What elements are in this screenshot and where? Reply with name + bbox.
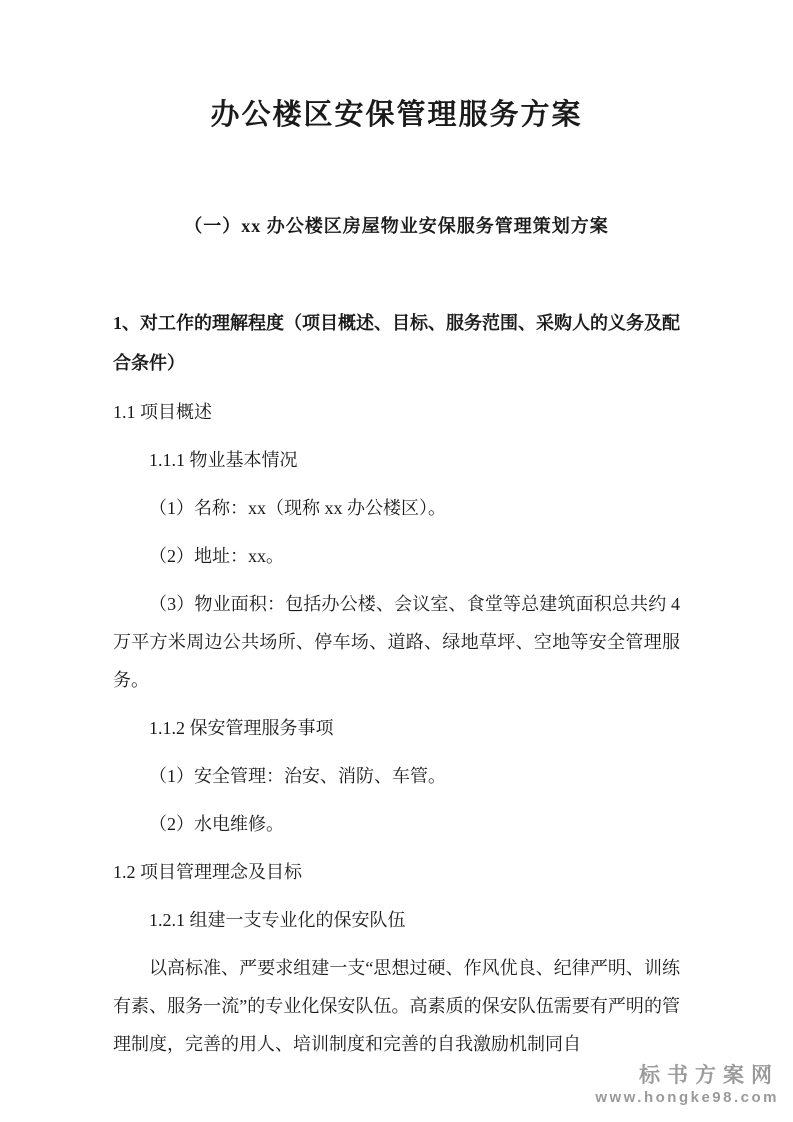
paragraph-1-1: 1.1 项目概述 bbox=[113, 393, 680, 431]
paragraph-1-1-2: 1.1.2 保安管理服务事项 bbox=[113, 709, 680, 747]
watermark: 标书方案网 www.hongke98.com bbox=[595, 1064, 779, 1108]
paragraph-team-building: 以高标准、严要求组建一支“思想过硬、作风优良、纪律严明、训练有素、服务一流”的专… bbox=[113, 949, 680, 1063]
watermark-site-name: 标书方案网 bbox=[595, 1064, 779, 1088]
paragraph-item-area: （3）物业面积：包括办公楼、会议室、食堂等总建筑面积总共约 4 万平方米周边公共… bbox=[113, 585, 680, 699]
paragraph-item-security: （1）安全管理：治安、消防、车管。 bbox=[113, 757, 680, 795]
document-subtitle: （一）xx 办公楼区房屋物业安保服务管理策划方案 bbox=[113, 213, 680, 239]
document-page: 办公楼区安保管理服务方案 （一）xx 办公楼区房屋物业安保服务管理策划方案 1、… bbox=[0, 0, 793, 1122]
document-content: 办公楼区安保管理服务方案 （一）xx 办公楼区房屋物业安保服务管理策划方案 1、… bbox=[0, 0, 793, 1063]
section-heading-1: 1、对工作的理解程度（项目概述、目标、服务范围、采购人的义务及配合条件） bbox=[113, 303, 680, 383]
paragraph-item-name: （1）名称：xx（现称 xx 办公楼区）。 bbox=[113, 489, 680, 527]
paragraph-1-2-1: 1.2.1 组建一支专业化的保安队伍 bbox=[113, 901, 680, 939]
paragraph-1-2: 1.2 项目管理理念及目标 bbox=[113, 853, 680, 891]
paragraph-1-1-1: 1.1.1 物业基本情况 bbox=[113, 441, 680, 479]
watermark-url: www.hongke98.com bbox=[595, 1088, 779, 1108]
paragraph-item-address: （2）地址：xx。 bbox=[113, 537, 680, 575]
document-title: 办公楼区安保管理服务方案 bbox=[113, 93, 680, 137]
paragraph-item-utilities: （2）水电维修。 bbox=[113, 805, 680, 843]
